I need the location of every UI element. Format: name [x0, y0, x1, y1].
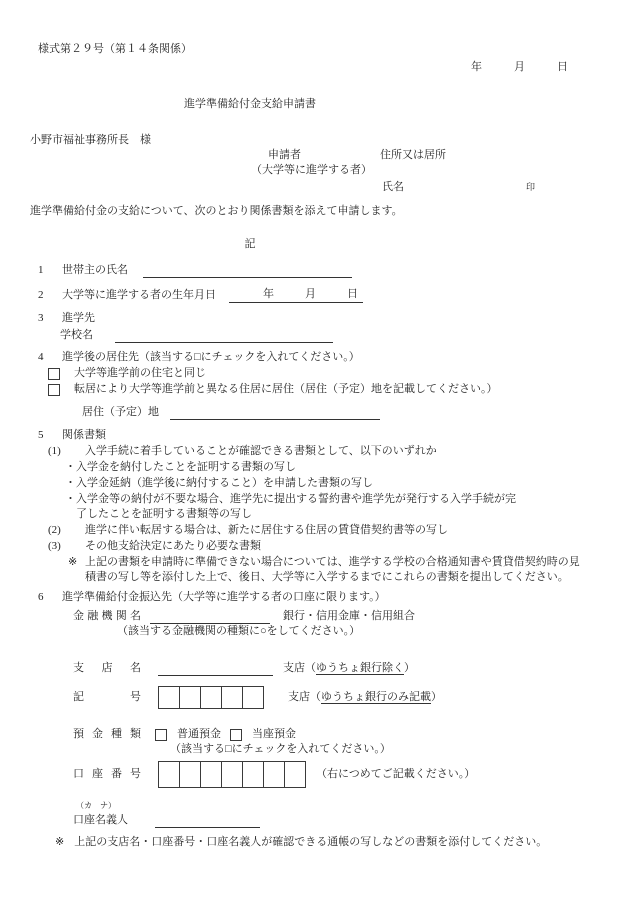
account-number-row: 口座番号 （右につめてご記載ください。）: [0, 761, 630, 788]
planned-residence-input-line[interactable]: [170, 404, 380, 420]
branch-name-input-line[interactable]: [158, 660, 273, 676]
residence-option2-label: 転居により大学等進学前と異なる住居に居住（居住（予定）地を記載してください。）: [74, 382, 498, 397]
residence-option1-checkbox[interactable]: [48, 368, 60, 380]
birthdate-label: 大学等に進学する者の生年月日: [62, 288, 216, 303]
deposit-type-label: 預金種類: [73, 727, 141, 742]
symbol-row: 記号 支店（ゆうちょ銀行のみ記載）: [0, 686, 630, 709]
symbol-caption: 支店（ゆうちょ銀行のみ記載）: [288, 690, 442, 705]
item3-number: 3: [38, 311, 62, 326]
date-line: 年 月 日: [0, 60, 630, 75]
account-holder-input-line[interactable]: [155, 812, 260, 828]
documents-note-text: 上記の書類を申請時に準備できない場合については、進学する学校の合格通知書や賃貸借…: [85, 555, 585, 585]
applicant-address-label: 住所又は居所: [380, 149, 446, 161]
birthdate-row: 2 大学等に進学する者の生年月日 年 月 日: [0, 288, 630, 303]
birthdate-year-label: 年: [263, 287, 274, 302]
symbol-caption-prefix: 支店（: [288, 691, 321, 703]
branch-caption-prefix: 支店（: [283, 662, 316, 674]
applicant-label: 申請者: [268, 149, 301, 161]
deposit-type-note: （該当する□にチェックを入れてください。）: [170, 742, 630, 757]
branch-caption-suffix: ）: [404, 662, 415, 674]
documents-sub2-row: (2) 進学に伴い転居する場合は、新たに居住する住居の賃貸借契約書等の写し: [0, 523, 630, 538]
applicant-row: 申請者住所又は居所: [268, 148, 630, 163]
branch-caption-underlined: ゆうちょ銀行除く: [316, 662, 404, 675]
symbol-label: 記号: [73, 690, 141, 705]
deposit-type-row: 預金種類 普通預金 当座預金: [0, 727, 630, 742]
birthdate-input-line[interactable]: 年 月 日: [229, 288, 363, 303]
bullet3-marker: ・: [65, 492, 76, 522]
deposit-ordinary-label: 普通預金: [177, 727, 221, 742]
account-number-input-cells[interactable]: [158, 761, 306, 788]
date-month-label: 月: [514, 60, 525, 75]
symbol-input-cells[interactable]: [158, 686, 264, 709]
application-form-page: 様式第２９号（第１４条関係） 年 月 日 進学準備給付金支給申請書 小野市福祉事…: [0, 0, 630, 915]
residence-section-label: 進学後の居住先（該当する□にチェックを入れてください。）: [62, 350, 360, 365]
birthdate-month-label: 月: [305, 287, 316, 302]
documents-note-marker: ※: [68, 555, 80, 585]
documents-bullet1-row: ・ 入学金を納付したことを証明する書類の写し: [0, 460, 630, 475]
documents-section-label: 関係書類: [62, 428, 106, 443]
documents-sub2-number: (2): [48, 523, 70, 538]
date-year-label: 年: [471, 60, 482, 75]
documents-sub1-label: 入学手続に着手していることが確認できる書類として、以下のいずれか: [85, 444, 437, 459]
householder-name-input-line[interactable]: [143, 262, 352, 278]
item4-number: 4: [38, 350, 62, 365]
account-number-note: （右につめてご記載ください。）: [316, 767, 475, 782]
applicant-name-row: 氏名 印: [382, 180, 630, 195]
item1-number: 1: [38, 263, 62, 278]
documents-sub2-label: 進学に伴い転居する場合は、新たに居住する住居の賃貸借契約書等の写し: [85, 523, 448, 538]
account-number-label: 口座番号: [73, 767, 141, 782]
applicant-name-label: 氏名: [382, 180, 404, 195]
form-number: 様式第２９号（第１４条関係）: [38, 42, 630, 57]
school-name-input-line[interactable]: [115, 327, 333, 343]
page-title: 進学準備給付金支給申請書: [0, 97, 500, 112]
householder-name-label: 世帯主の氏名: [62, 263, 128, 278]
school-section-row: 3 進学先: [0, 311, 630, 326]
documents-section-row: 5 関係書類: [0, 428, 630, 443]
deposit-current-label: 当座預金: [252, 727, 296, 742]
school-name-row: 学校名: [0, 327, 630, 343]
documents-sub3-row: (3) その他支給決定にあたり必要な書類: [0, 539, 630, 554]
bullet2-marker: ・: [65, 476, 76, 491]
branch-name-row: 支店名 支店（ゆうちょ銀行除く）: [0, 660, 630, 676]
documents-bullet2-label: 入学金延納（進学後に納付すること）を申請した書類の写し: [76, 476, 522, 491]
addressee: 小野市福祉事務所長 様: [30, 133, 630, 148]
bank-type-options-label[interactable]: 銀行・信用金庫・信用組合: [283, 609, 415, 624]
documents-bullet2-row: ・ 入学金延納（進学後に納付すること）を申請した書類の写し: [0, 476, 630, 491]
item5-number: 5: [38, 428, 62, 443]
bank-section-label: 進学準備給付金振込先（大学等に進学する者の口座に限ります。）: [62, 590, 386, 605]
bullet1-marker: ・: [65, 460, 76, 475]
symbol-caption-suffix: ）: [431, 691, 442, 703]
birthdate-day-label: 日: [347, 287, 358, 302]
list-heading: 記: [0, 237, 500, 252]
documents-sub1-number: (1): [48, 444, 70, 459]
bank-name-label: 金融機関名: [73, 609, 141, 624]
deposit-current-checkbox[interactable]: [230, 729, 242, 741]
bank-note-text: 上記の支店名・口座番号・口座名義人が確認できる通帳の写しなどの書類を添付してくだ…: [74, 835, 547, 850]
documents-note-row: ※ 上記の書類を申請時に準備できない場合については、進学する学校の合格通知書や賃…: [0, 555, 630, 585]
school-section-label: 進学先: [62, 311, 95, 326]
documents-bullet1-label: 入学金を納付したことを証明する書類の写し: [76, 460, 522, 475]
item6-number: 6: [38, 590, 62, 605]
bank-type-note: （該当する金融機関の種類に○をしてください。）: [117, 624, 630, 639]
planned-residence-row: 居住（予定）地: [0, 404, 630, 420]
item2-number: 2: [38, 288, 62, 303]
symbol-caption-underlined: ゆうちょ銀行のみ記載: [321, 691, 431, 704]
account-holder-label: 口座名義人: [73, 813, 128, 828]
householder-name-row: 1 世帯主の氏名: [0, 262, 630, 278]
date-day-label: 日: [557, 60, 568, 75]
applicant-paren-label: （大学等に進学する者）: [251, 163, 630, 178]
documents-bullet3-label: 入学金等の納付が不要な場合、進学先に提出する誓約書や進学先が発行する入学手続が完…: [76, 492, 522, 522]
residence-option2-row: 転居により大学等進学前と異なる住居に居住（居住（予定）地を記載してください。）: [0, 382, 630, 397]
school-name-label: 学校名: [60, 328, 93, 343]
intro-text: 進学準備給付金の支給について、次のとおり関係書類を添えて申請します。: [30, 204, 630, 219]
branch-caption: 支店（ゆうちょ銀行除く）: [283, 661, 415, 676]
documents-sub3-number: (3): [48, 539, 70, 554]
bank-note-row: ※ 上記の支店名・口座番号・口座名義人が確認できる通帳の写しなどの書類を添付して…: [0, 835, 630, 850]
branch-name-label: 支店名: [73, 661, 141, 676]
planned-residence-label: 居住（予定）地: [82, 405, 159, 420]
kana-label: （カ ナ）: [76, 801, 630, 811]
bank-name-input-line[interactable]: [150, 608, 270, 624]
bank-note-marker: ※: [55, 835, 64, 850]
documents-bullet3-row: ・ 入学金等の納付が不要な場合、進学先に提出する誓約書や進学先が発行する入学手続…: [0, 492, 630, 522]
documents-sub3-label: その他支給決定にあたり必要な書類: [85, 539, 261, 554]
documents-sub1-row: (1) 入学手続に着手していることが確認できる書類として、以下のいずれか: [0, 444, 630, 459]
bank-section-row: 6 進学準備給付金振込先（大学等に進学する者の口座に限ります。）: [0, 590, 630, 605]
seal-label: 印: [526, 180, 535, 195]
residence-option1-label: 大学等進学前の住宅と同じ: [74, 366, 206, 381]
deposit-ordinary-checkbox[interactable]: [155, 729, 167, 741]
residence-option1-row: 大学等進学前の住宅と同じ: [0, 366, 630, 381]
bank-name-row: 金融機関名 銀行・信用金庫・信用組合: [0, 608, 630, 624]
residence-section-row: 4 進学後の居住先（該当する□にチェックを入れてください。）: [0, 350, 630, 365]
residence-option2-checkbox[interactable]: [48, 384, 60, 396]
account-holder-row: 口座名義人: [0, 812, 630, 828]
